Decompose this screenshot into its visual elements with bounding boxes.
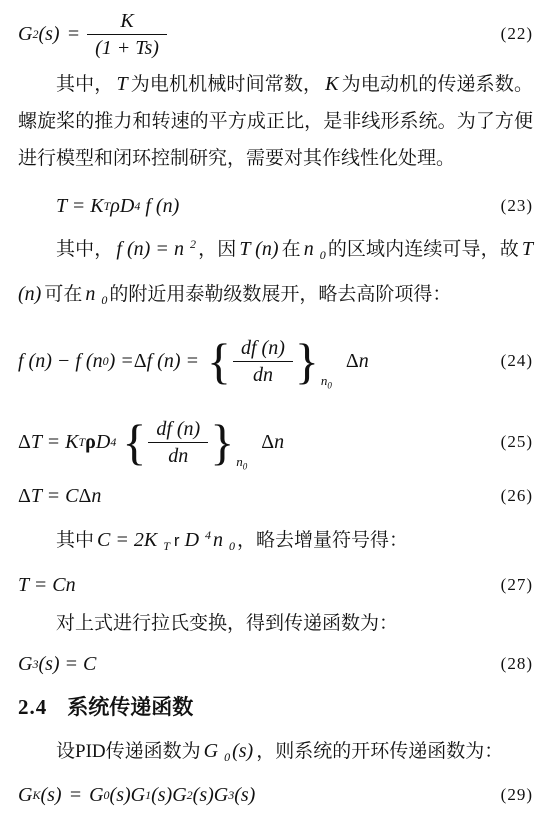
math-args: (s) (38, 24, 59, 44)
open-brace: { (207, 339, 231, 384)
math-var-G2: G (18, 24, 32, 44)
math-var-G0: G (89, 785, 103, 805)
text-run: 对上式进行拉氏变换，得到传递函数为： (56, 613, 398, 634)
equation-29: GK(s) = G0(s)G1(s)G2(s)G3(s) (29) (18, 779, 533, 811)
paragraph-laplace-transform: 对上式进行拉氏变换，得到传递函数为： (18, 610, 533, 638)
text-run: 可在 (44, 284, 82, 305)
math-sub: 0 (101, 293, 107, 307)
text-run: 的附近用泰勒级数展开，略去高阶项得： (109, 284, 451, 305)
delta-symbol: Δ (18, 486, 31, 506)
equation-28: G3(s) = C (28) (18, 650, 533, 678)
math-var-n: n (359, 351, 369, 371)
text-run: 在 (282, 239, 301, 260)
math-var-n: n (213, 529, 223, 551)
math-run: T = K (56, 196, 104, 216)
equation-26-body: ΔT = CΔn (18, 486, 101, 506)
math-var-GK: G (18, 785, 32, 805)
text-run: 其中， (56, 239, 113, 260)
braced-derivative: { df (n) dn } n0 (120, 419, 249, 466)
math-run: T = C (31, 486, 79, 506)
equation-number-25: (25) (501, 432, 533, 452)
math-var-n: n (304, 238, 314, 260)
equation-28-body: G3(s) = C (18, 654, 96, 674)
math-var-D: D (96, 432, 110, 452)
text-run: 为电机机械时间常数， (131, 74, 323, 95)
equation-number-22: (22) (501, 24, 533, 44)
math-run: T = K (31, 432, 79, 452)
math-sup: 4 (205, 528, 211, 542)
paragraph-motor-constants: 其中，T为电机机械时间常数，K为电动机的传递系数。螺旋桨的推力和转速的平方成正比… (18, 66, 533, 177)
equation-23: T = KTρD4f (n) (23) (18, 191, 533, 221)
math-sub: 0 (243, 462, 248, 472)
text-run: 的区域内连续可导，故 (328, 239, 519, 260)
section-heading-2-4: 2.4系统传递函数 (18, 692, 533, 722)
braced-derivative: { df (n) dn } n0 (205, 338, 334, 385)
fraction: K (1 + Ts) (87, 11, 167, 58)
paragraph-pid-open-loop: 设PID传递函数为G0(s)，则系统的开环传递函数为： (18, 736, 533, 767)
equals-sign: = (69, 785, 83, 805)
section-number: 2.4 (18, 695, 47, 719)
math-var-K: K (325, 73, 338, 95)
math-args: (s) (234, 785, 255, 805)
equation-27: T = Cn (27) (18, 572, 533, 598)
fraction: df (n) dn (148, 419, 208, 466)
fraction-numerator: df (n) (233, 338, 293, 361)
equation-number-24: (24) (501, 351, 533, 371)
math-sub: 0 (229, 539, 235, 553)
math-args: (s) (151, 785, 172, 805)
math-sub: T (163, 539, 170, 553)
math-sub: 0 (320, 248, 326, 262)
math-run: T (n) (239, 238, 278, 260)
math-run: f (n) = (147, 351, 199, 371)
fraction-denominator: dn (233, 361, 293, 385)
fraction-denominator: (1 + Ts) (87, 34, 167, 58)
math-var-G0: G (204, 740, 218, 762)
paragraph-taylor-expansion: 其中，f (n) = n2，因T (n)在n0的区域内连续可导，故T (n)可在… (18, 227, 533, 317)
math-var-G3: G (214, 785, 228, 805)
delta-symbol: Δ (346, 351, 359, 371)
math-run: C = 2K (97, 529, 157, 551)
delta-symbol: Δ (78, 486, 91, 506)
math-var-G2: G (172, 785, 186, 805)
paragraph-coefficient-C: 其中C = 2KTrD4n0，略去增量符号得： (18, 525, 533, 556)
equation-22: G2(s) = K (1 + Ts) (22) (18, 8, 533, 60)
math-run: T = Cn (18, 575, 76, 595)
equation-number-23: (23) (501, 196, 533, 216)
math-var-n: n (85, 283, 95, 305)
equation-25-body: ΔT = KTρD4 { df (n) dn } n0 Δn (18, 419, 284, 466)
evaluation-subscript: n0 (236, 455, 247, 472)
text-run: ，略去增量符号得： (237, 530, 408, 551)
equation-number-28: (28) (501, 654, 533, 674)
math-run: f (n) − f (n (18, 351, 103, 371)
math-rho: ρ (110, 196, 120, 216)
text-run: 其中 (56, 530, 94, 551)
equation-24-body: f (n) − f (n0) = Δf (n) = { df (n) dn } … (18, 338, 369, 385)
math-run: f (n) (145, 196, 179, 216)
fraction-numerator: df (n) (148, 419, 208, 442)
text-run: ，则系统的开环传递函数为： (256, 741, 503, 762)
delta-symbol: Δ (134, 351, 147, 371)
open-brace: { (122, 420, 146, 465)
math-args: (s) (110, 785, 131, 805)
equation-27-body: T = Cn (18, 575, 76, 595)
delta-symbol: Δ (18, 432, 31, 452)
equation-number-29: (29) (501, 785, 533, 805)
math-rho: ρ (85, 432, 96, 452)
equation-22-body: G2(s) = K (1 + Ts) (18, 11, 167, 58)
math-var-D: D (185, 529, 199, 551)
equation-number-26: (26) (501, 486, 533, 506)
equation-29-body: GK(s) = G0(s)G1(s)G2(s)G3(s) (18, 785, 255, 805)
math-var-n: n (274, 432, 284, 452)
fraction-denominator: dn (148, 442, 208, 466)
close-brace: } (210, 420, 234, 465)
text-run: 其中， (56, 74, 113, 95)
section-title: 系统传递函数 (67, 695, 193, 719)
math-args: (s) (40, 785, 61, 805)
equation-25: ΔT = KTρD4 { df (n) dn } n0 Δn (25) (18, 407, 533, 477)
close-brace: } (295, 339, 319, 384)
math-run: (s) = C (38, 654, 96, 674)
math-args: (s) (232, 740, 253, 762)
math-var-n: n (91, 486, 101, 506)
math-sub: 0 (224, 750, 230, 764)
math-r: r (174, 531, 180, 550)
fraction-numerator: K (87, 11, 167, 34)
math-var-G1: G (131, 785, 145, 805)
math-args: (s) (193, 785, 214, 805)
math-var-T: T (116, 73, 127, 95)
equation-26: ΔT = CΔn (26) (18, 483, 533, 509)
equation-number-27: (27) (501, 575, 533, 595)
equals-sign: = (67, 24, 81, 44)
fraction: df (n) dn (233, 338, 293, 385)
equation-24: f (n) − f (n0) = Δf (n) = { df (n) dn } … (18, 327, 533, 395)
math-run: f (n) = n (116, 238, 184, 260)
math-var-G3: G (18, 654, 32, 674)
delta-symbol: Δ (261, 432, 274, 452)
equation-23-body: T = KTρD4f (n) (56, 196, 179, 216)
text-run: 设PID传递函数为 (56, 741, 201, 762)
math-run: ) = (109, 351, 134, 371)
paper-page: G2(s) = K (1 + Ts) (22) 其中，T为电机机械时间常数，K为… (0, 0, 549, 815)
math-sup: 2 (190, 237, 196, 251)
text-run: ，因 (198, 239, 236, 260)
evaluation-subscript: n0 (321, 374, 332, 391)
math-sub: 0 (327, 381, 332, 391)
math-var-D: D (120, 196, 134, 216)
